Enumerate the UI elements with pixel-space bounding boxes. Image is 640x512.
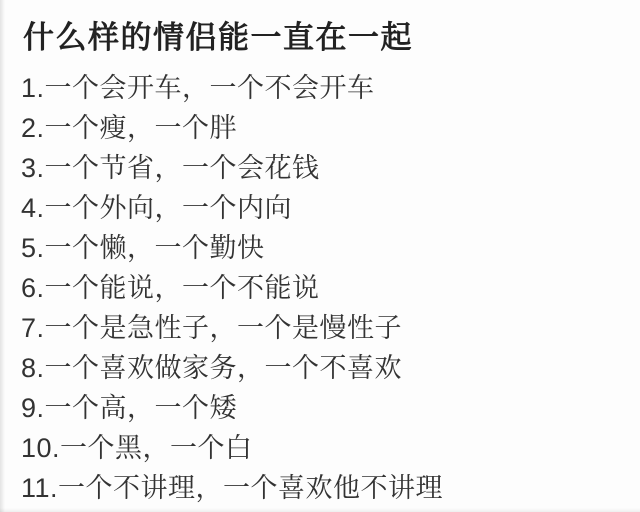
list-item: 10.一个黑，一个白 [21, 428, 620, 468]
list-item: 4.一个外向，一个内向 [21, 188, 620, 228]
list-item: 8.一个喜欢做家务，一个不喜欢 [21, 348, 620, 388]
bottom-edge-shadow [0, 508, 640, 512]
list-item: 2.一个瘦，一个胖 [21, 108, 620, 148]
text-post-page: 什么样的情侣能一直在一起 1.一个会开车，一个不会开车 2.一个瘦，一个胖 3.… [0, 0, 640, 508]
couple-list: 1.一个会开车，一个不会开车 2.一个瘦，一个胖 3.一个节省，一个会花钱 4.… [21, 68, 620, 508]
list-item: 7.一个是急性子，一个是慢性子 [21, 308, 620, 348]
list-item: 9.一个高，一个矮 [21, 388, 620, 428]
list-item: 11.一个不讲理，一个喜欢他不讲理 [21, 468, 620, 508]
list-item: 3.一个节省，一个会花钱 [21, 148, 620, 188]
list-item: 1.一个会开车，一个不会开车 [21, 68, 620, 108]
list-item: 5.一个懒，一个勤快 [21, 228, 620, 268]
page-title: 什么样的情侣能一直在一起 [21, 22, 620, 54]
list-item: 6.一个能说，一个不能说 [21, 268, 620, 308]
